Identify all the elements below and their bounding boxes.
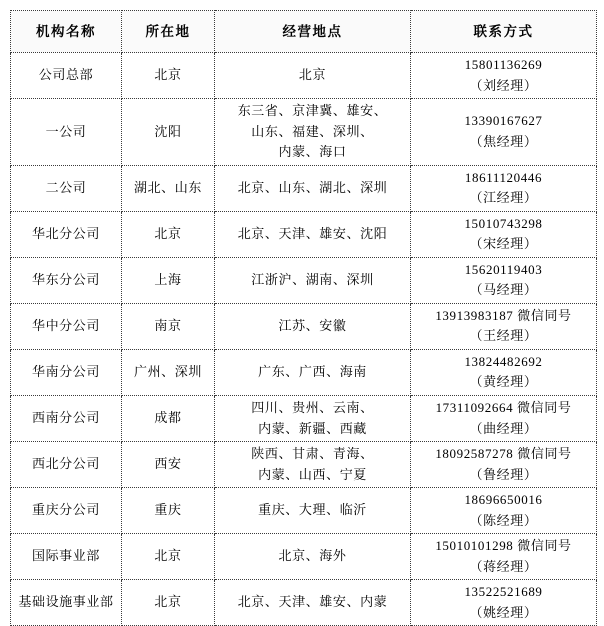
table-row: 二公司 湖北、山东 北京、山东、湖北、深圳 18611120446 （江经理） [11, 165, 597, 211]
table-row: 重庆分公司 重庆 重庆、大理、临沂 18696650016 （陈经理） [11, 488, 597, 534]
contact-cell: 15620119403 （马经理） [411, 257, 597, 303]
org-cell: 华南分公司 [11, 349, 122, 395]
table-row: 华东分公司 上海 江浙沪、湖南、深圳 15620119403 （马经理） [11, 257, 597, 303]
business-cell: 北京、山东、湖北、深圳 [215, 165, 411, 211]
contact-cell: 13390167627 （焦经理） [411, 99, 597, 166]
business-cell: 北京 [215, 53, 411, 99]
location-cell: 成都 [122, 395, 215, 441]
location-cell: 广州、深圳 [122, 349, 215, 395]
table-row: 华中分公司 南京 江苏、安徽 13913983187 微信同号 （王经理） [11, 303, 597, 349]
location-cell: 沈阳 [122, 99, 215, 166]
org-cell: 西南分公司 [11, 395, 122, 441]
location-cell: 南京 [122, 303, 215, 349]
org-cell: 公司总部 [11, 53, 122, 99]
contact-cell: 13522521689 （姚经理） [411, 580, 597, 626]
table-row: 国际事业部 北京 北京、海外 15010101298 微信同号 （蒋经理） [11, 534, 597, 580]
org-cell: 华东分公司 [11, 257, 122, 303]
page: 机构名称 所在地 经营地点 联系方式 公司总部 北京 北京 1580113626… [0, 0, 604, 616]
contact-cell: 17311092664 微信同号 （曲经理） [411, 395, 597, 441]
header-business: 经营地点 [215, 11, 411, 53]
business-cell: 东三省、京津冀、雄安、 山东、福建、深圳、 内蒙、海口 [215, 99, 411, 166]
contact-cell: 18092587278 微信同号 （鲁经理） [411, 442, 597, 488]
contact-cell: 13913983187 微信同号 （王经理） [411, 303, 597, 349]
table-body: 公司总部 北京 北京 15801136269 （刘经理） 一公司 沈阳 东三省、… [11, 53, 597, 626]
location-cell: 北京 [122, 211, 215, 257]
org-cell: 基础设施事业部 [11, 580, 122, 626]
location-cell: 北京 [122, 580, 215, 626]
business-cell: 陕西、甘肃、青海、 内蒙、山西、宁夏 [215, 442, 411, 488]
location-cell: 北京 [122, 534, 215, 580]
business-cell: 四川、贵州、云南、 内蒙、新疆、西藏 [215, 395, 411, 441]
contact-cell: 18696650016 （陈经理） [411, 488, 597, 534]
org-cell: 华北分公司 [11, 211, 122, 257]
org-cell: 重庆分公司 [11, 488, 122, 534]
business-cell: 北京、天津、雄安、内蒙 [215, 580, 411, 626]
org-cell: 西北分公司 [11, 442, 122, 488]
table-row: 西北分公司 西安 陕西、甘肃、青海、 内蒙、山西、宁夏 18092587278 … [11, 442, 597, 488]
org-cell: 华中分公司 [11, 303, 122, 349]
header-row: 机构名称 所在地 经营地点 联系方式 [11, 11, 597, 53]
header-contact: 联系方式 [411, 11, 597, 53]
table-row: 西南分公司 成都 四川、贵州、云南、 内蒙、新疆、西藏 17311092664 … [11, 395, 597, 441]
business-cell: 江苏、安徽 [215, 303, 411, 349]
org-contact-table: 机构名称 所在地 经营地点 联系方式 公司总部 北京 北京 1580113626… [10, 10, 597, 626]
contact-cell: 13824482692 （黄经理） [411, 349, 597, 395]
org-cell: 国际事业部 [11, 534, 122, 580]
location-cell: 西安 [122, 442, 215, 488]
location-cell: 上海 [122, 257, 215, 303]
business-cell: 江浙沪、湖南、深圳 [215, 257, 411, 303]
business-cell: 北京、天津、雄安、沈阳 [215, 211, 411, 257]
header-org: 机构名称 [11, 11, 122, 53]
contact-cell: 18611120446 （江经理） [411, 165, 597, 211]
contact-cell: 15010743298 （宋经理） [411, 211, 597, 257]
table-row: 一公司 沈阳 东三省、京津冀、雄安、 山东、福建、深圳、 内蒙、海口 13390… [11, 99, 597, 166]
header-location: 所在地 [122, 11, 215, 53]
location-cell: 重庆 [122, 488, 215, 534]
contact-cell: 15010101298 微信同号 （蒋经理） [411, 534, 597, 580]
location-cell: 北京 [122, 53, 215, 99]
org-cell: 二公司 [11, 165, 122, 211]
table-row: 基础设施事业部 北京 北京、天津、雄安、内蒙 13522521689 （姚经理） [11, 580, 597, 626]
contact-cell: 15801136269 （刘经理） [411, 53, 597, 99]
business-cell: 重庆、大理、临沂 [215, 488, 411, 534]
table-row: 华南分公司 广州、深圳 广东、广西、海南 13824482692 （黄经理） [11, 349, 597, 395]
business-cell: 广东、广西、海南 [215, 349, 411, 395]
org-cell: 一公司 [11, 99, 122, 166]
table-header: 机构名称 所在地 经营地点 联系方式 [11, 11, 597, 53]
table-row: 华北分公司 北京 北京、天津、雄安、沈阳 15010743298 （宋经理） [11, 211, 597, 257]
business-cell: 北京、海外 [215, 534, 411, 580]
location-cell: 湖北、山东 [122, 165, 215, 211]
table-row: 公司总部 北京 北京 15801136269 （刘经理） [11, 53, 597, 99]
